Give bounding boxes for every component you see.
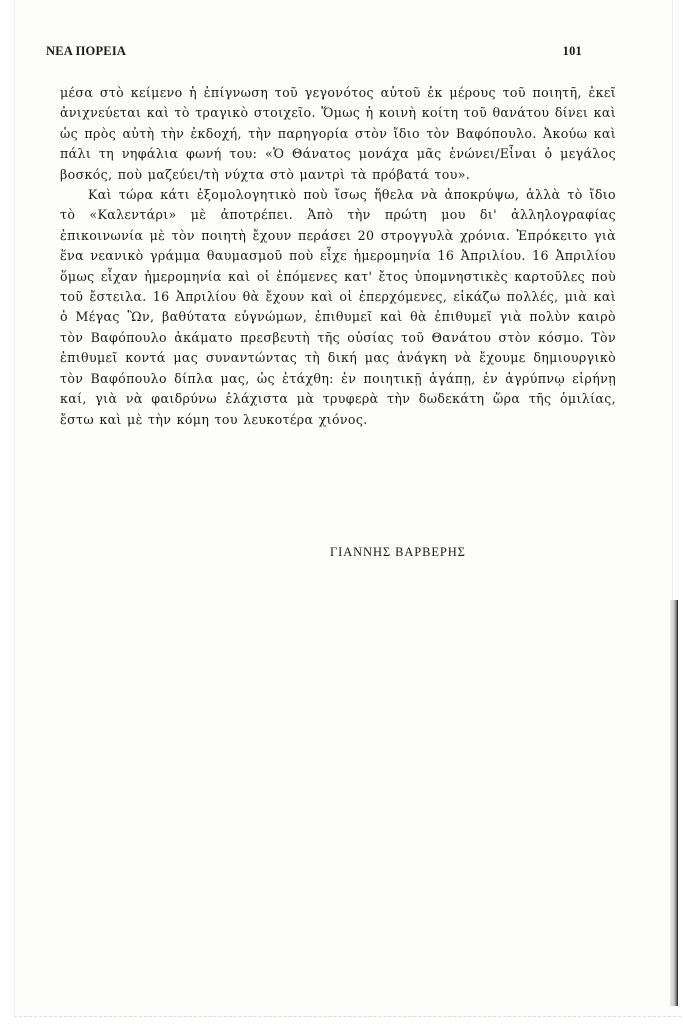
binding-shadow: [670, 600, 678, 1006]
running-head: ΝΕΑ ΠΟΡΕΙΑ 101: [46, 44, 618, 64]
author-signature: ΓΙΑΝΝΗΣ ΒΑΡΒΕΡΗΣ: [330, 545, 466, 560]
page-number: 101: [563, 44, 582, 59]
page-edge-line: [672, 0, 673, 620]
paragraph-continuation: μέσα στὸ κείμενο ἡ ἐπίγνωση τοῦ γεγονότο…: [60, 83, 616, 185]
article-body: μέσα στὸ κείμενο ἡ ἐπίγνωση τοῦ γεγονότο…: [60, 83, 616, 430]
paragraph: Καὶ τώρα κάτι ἐξομολογητικὸ ποὺ ἴσως ἤθε…: [60, 185, 616, 430]
journal-title: ΝΕΑ ΠΟΡΕΙΑ: [46, 44, 126, 59]
